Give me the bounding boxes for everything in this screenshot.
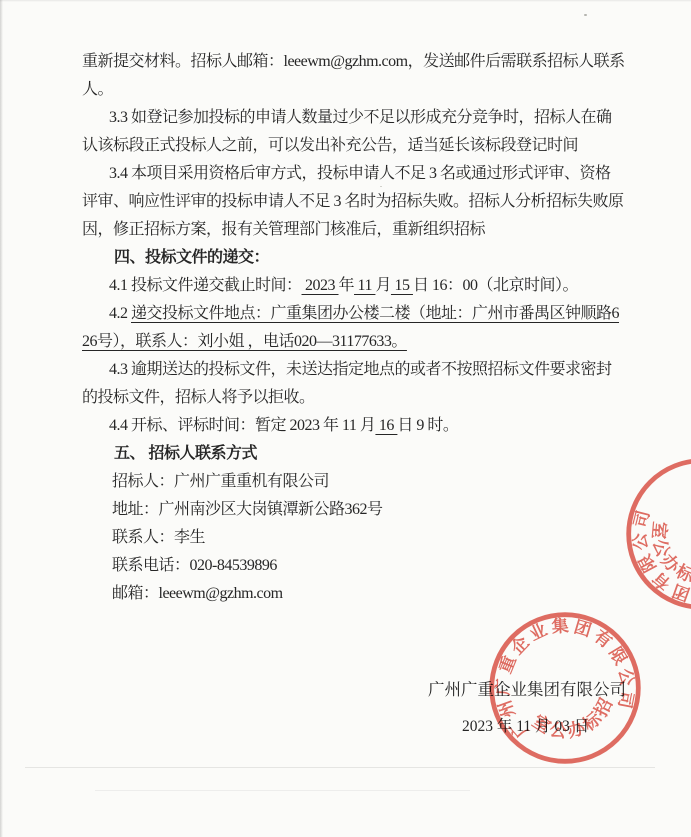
deadline-day-blank: 15 [391, 277, 413, 294]
section-heading-4: 四、投标文件的递交： [82, 244, 638, 272]
clause-4-1-line: 4.1 投标文件递交截止时间： 2023 年 11 月 15 日 16：00（北… [82, 272, 638, 300]
clause-4-2-continuation: 26号），联系人：刘小姐 ，电话020—31177633。 [82, 328, 638, 356]
contact-tenderer: 招标人：广州广重重机有限公司 [82, 468, 638, 496]
paragraph-line: 评审、响应性评审的投标申请人不足 3 名时为招标失败。招标人分析招标失败原 [82, 188, 638, 216]
deadline-year-blank: 2023 [302, 277, 339, 294]
svg-text:团: 团 [572, 617, 594, 640]
delivery-address-underlined: 递交投标文件地点：广重集团办公楼二楼（地址：广州市番禺区钟顺路6 [131, 305, 619, 322]
delivery-contact-underlined: 26号），联系人：刘小姐 ，电话020—31177633。 [82, 333, 407, 350]
scanned-document-page: 重新提交材料。招标人邮箱：leeewm@gzhm.com，发送邮件后需联系招标人… [0, 0, 691, 837]
clause-3-3-line: 3.3 如登记参加投标的申请人数量过少不足以形成充分竞争时，招标人在确 [82, 104, 638, 132]
contact-address: 地址：广州南沙区大岗镇潭新公路362号 [82, 496, 638, 524]
scan-edge-shadow [0, 0, 3, 837]
paragraph-line: 人。 [82, 76, 638, 104]
paragraph-line: 因，修正招标方案，报有关管理部门核准后，重新组织招标 [82, 216, 638, 244]
scan-streak [95, 790, 470, 791]
svg-text:公: 公 [615, 667, 637, 687]
svg-text:公: 公 [630, 532, 651, 551]
svg-text:集: 集 [551, 615, 570, 636]
clause-4-2-line: 4.2 递交投标文件地点：广重集团办公楼二楼（地址：广州市番禺区钟顺路6 [82, 300, 638, 328]
section-heading-5: 五、 招标人联系方式 [82, 440, 638, 468]
contact-phone: 联系电话：020-84539896 [82, 552, 638, 580]
clause-4-4-line: 4.4 开标、评标时间：暂定 2023 年 11 月 16 日 9 时。 [82, 412, 638, 440]
scan-speck [584, 14, 587, 16]
svg-text:州: 州 [495, 698, 519, 720]
paragraph-line: 重新提交材料。招标人邮箱：leeewm@gzhm.com，发送邮件后需联系招标人… [82, 48, 638, 76]
svg-text:司: 司 [615, 690, 637, 710]
paragraph-line: 认该标段正式投标人之前，可以发出补充公告，适当延长该标段登记时间 [82, 132, 638, 160]
svg-text:广: 广 [493, 678, 513, 695]
clause-4-3-line: 4.3 逾期送达的投标文件，未送达指定地点的或者不按照招标文件要求密封 [82, 356, 638, 384]
opening-day-blank: 16 [375, 417, 397, 434]
contact-person: 联系人：李生 [82, 524, 638, 552]
document-body: 重新提交材料。招标人邮箱：leeewm@gzhm.com，发送邮件后需联系招标人… [82, 48, 638, 608]
scan-edge-shadow-top [0, 0, 691, 2]
company-seal-stamp: 广州广重企业集团有限公司招标办公室 [480, 603, 650, 773]
svg-text:室: 室 [649, 521, 670, 541]
deadline-month-blank: 11 [354, 277, 375, 294]
partial-seal-stamp: 广州广重企业集团有限公司招标办公室 [617, 449, 691, 619]
clause-3-4-line: 3.4 本项目采用资格后审方式，投标申请人不足 3 名或通过形式评审、资格 [82, 160, 638, 188]
paragraph-line: 的投标文件，招标人将予以拒收。 [82, 384, 638, 412]
